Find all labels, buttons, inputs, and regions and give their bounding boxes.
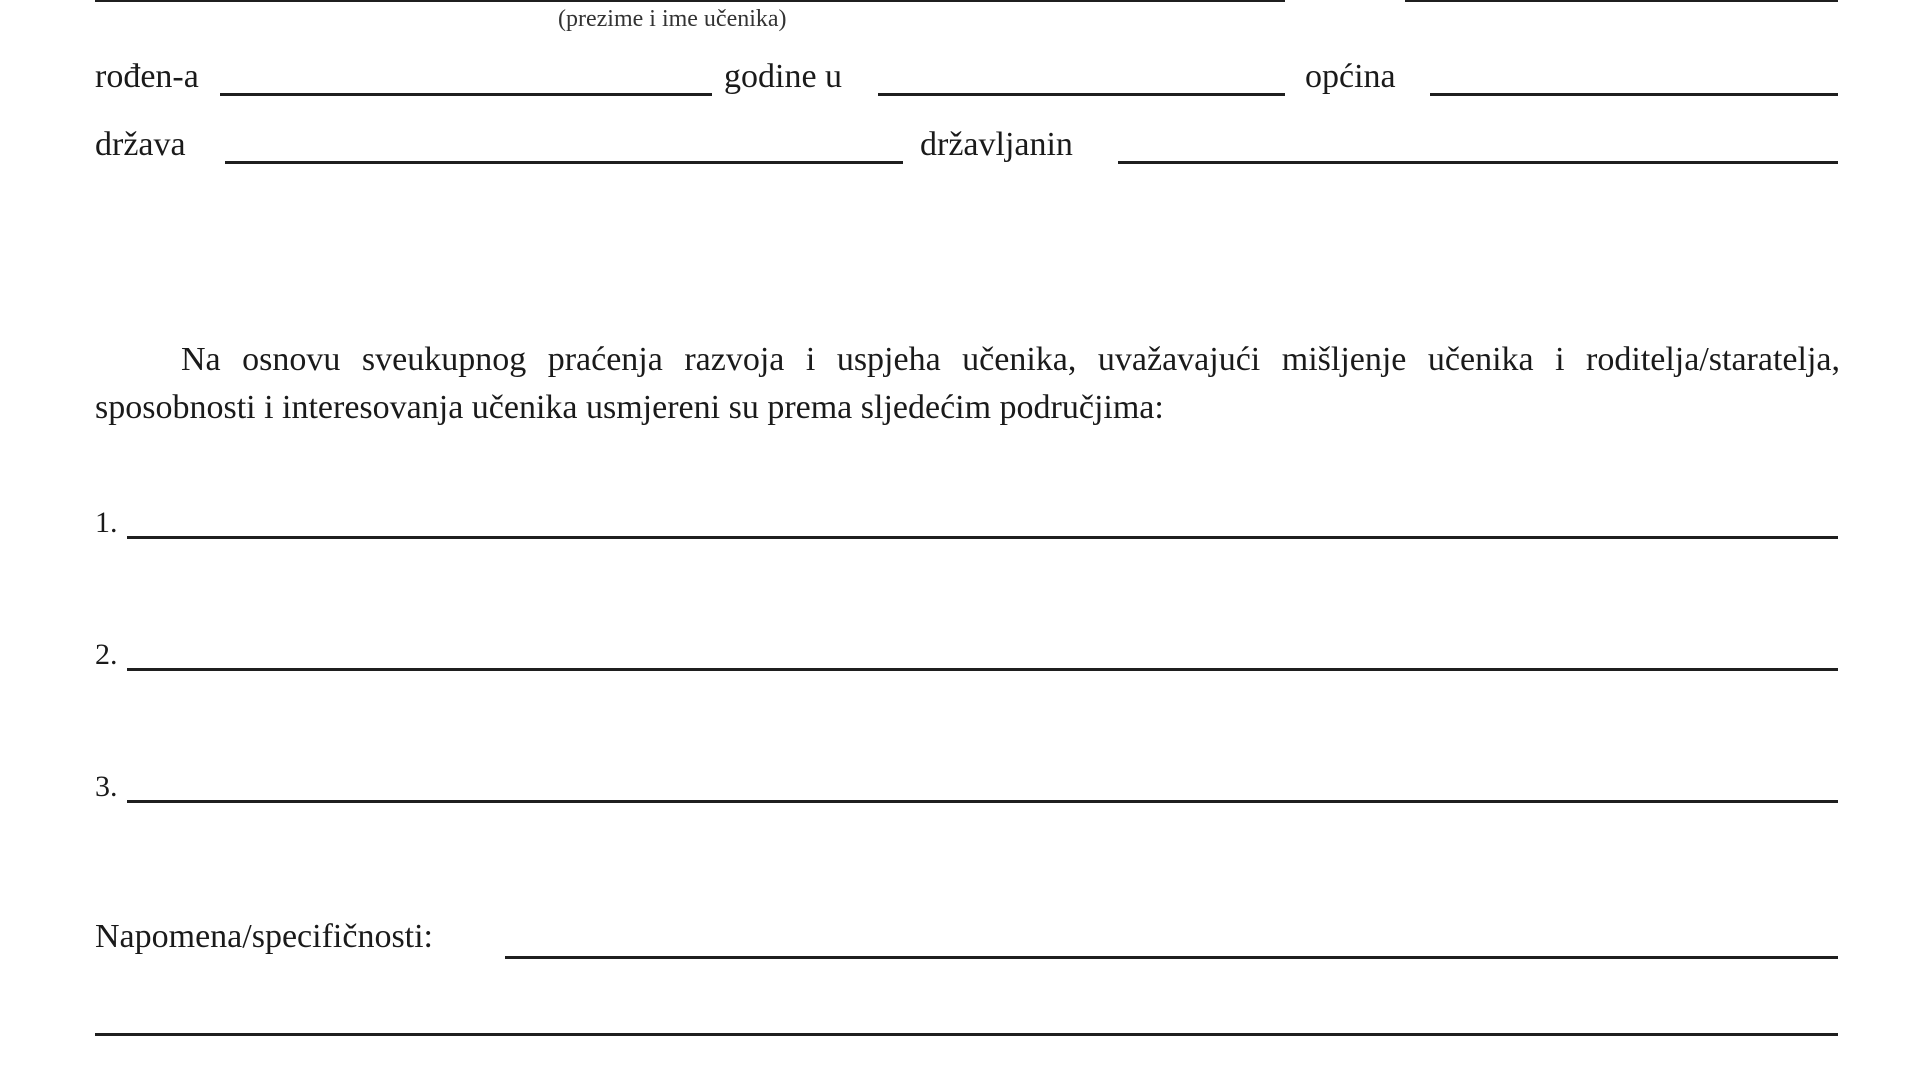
note-label: Napomena/specifičnosti: [95, 920, 433, 954]
top-right-field[interactable] [1405, 0, 1838, 2]
note-field[interactable] [505, 956, 1838, 959]
municipality-label: općina [1305, 60, 1396, 94]
country-field[interactable] [225, 161, 903, 164]
note-field-continuation[interactable] [95, 1033, 1838, 1036]
area-2-number: 2. [95, 640, 118, 670]
area-2-field[interactable] [127, 668, 1838, 671]
student-name-field[interactable] [95, 0, 1285, 2]
citizen-label: državljanin [920, 128, 1073, 162]
citizenship-field[interactable] [1118, 161, 1838, 164]
area-3-field[interactable] [127, 800, 1838, 803]
assessment-paragraph: Na osnovu sveukupnog praćenja razvoja i … [95, 336, 1840, 432]
student-name-caption: (prezime i ime učenika) [558, 6, 787, 33]
year-label: godine u [724, 60, 842, 94]
birth-place-field[interactable] [878, 93, 1285, 96]
area-1-field[interactable] [127, 536, 1838, 539]
country-label: država [95, 128, 186, 162]
born-label: rođen-a [95, 60, 199, 94]
municipality-field[interactable] [1430, 93, 1838, 96]
birth-date-field[interactable] [220, 93, 712, 96]
area-1-number: 1. [95, 508, 118, 538]
area-3-number: 3. [95, 772, 118, 802]
